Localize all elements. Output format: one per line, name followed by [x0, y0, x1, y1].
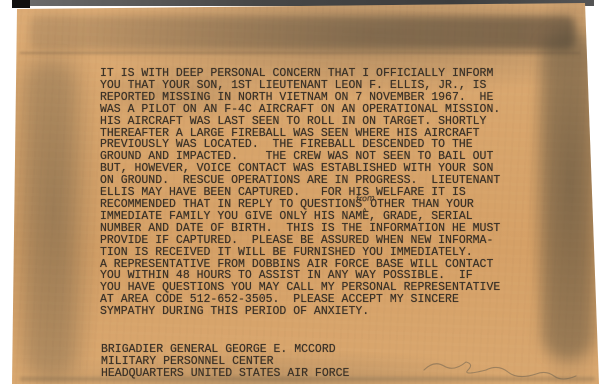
handwritten-word: from	[356, 192, 376, 205]
scan-black-mark	[12, 0, 30, 8]
typed-line: SYMPATHY DURING THIS PERIOD OF ANXIETY.	[100, 306, 500, 318]
typed-line: REPORTED MISSING IN NORTH VIETNAM ON 7 N…	[100, 92, 500, 104]
smudge-right-band	[542, 30, 594, 360]
smudge-left-band	[24, 60, 76, 380]
signature-block: BRIGADIER GENERAL GEORGE E. MCCORDMILITA…	[101, 344, 349, 381]
signature-line: HEADQUARTERS UNITED STATES AIR FORCE	[101, 368, 349, 380]
typed-line: PROVIDE IF CAPTURED. PLEASE BE ASSURED W…	[100, 235, 500, 247]
typed-line: TION IS RECEIVED IT WILL BE FURNISHED YO…	[100, 247, 500, 259]
paper-crease	[20, 52, 580, 54]
typed-line: WAS A PILOT ON AN F-4C AIRCRAFT ON AN OP…	[100, 104, 500, 116]
typed-line: HIS AIRCRAFT WAS LAST SEEN TO ROLL IN ON…	[100, 116, 500, 128]
smudge-top-band	[30, 16, 575, 50]
letter-body: IT IS WITH DEEP PERSONAL CONCERN THAT I …	[100, 68, 500, 318]
typed-line: IMMEDIATE FAMILY YOU GIVE ONLY HIS NAME,…	[100, 211, 500, 223]
caret-mark: ^	[362, 207, 367, 219]
scanned-letter-page: { "page": { "background_color": "#ffffff…	[0, 0, 600, 384]
handwritten-insertion: from^	[362, 206, 370, 207]
typed-line: NUMBER AND DATE OF BIRTH. THIS IS THE IN…	[100, 223, 500, 235]
letter-paper: IT IS WITH DEEP PERSONAL CONCERN THAT I …	[0, 0, 600, 384]
